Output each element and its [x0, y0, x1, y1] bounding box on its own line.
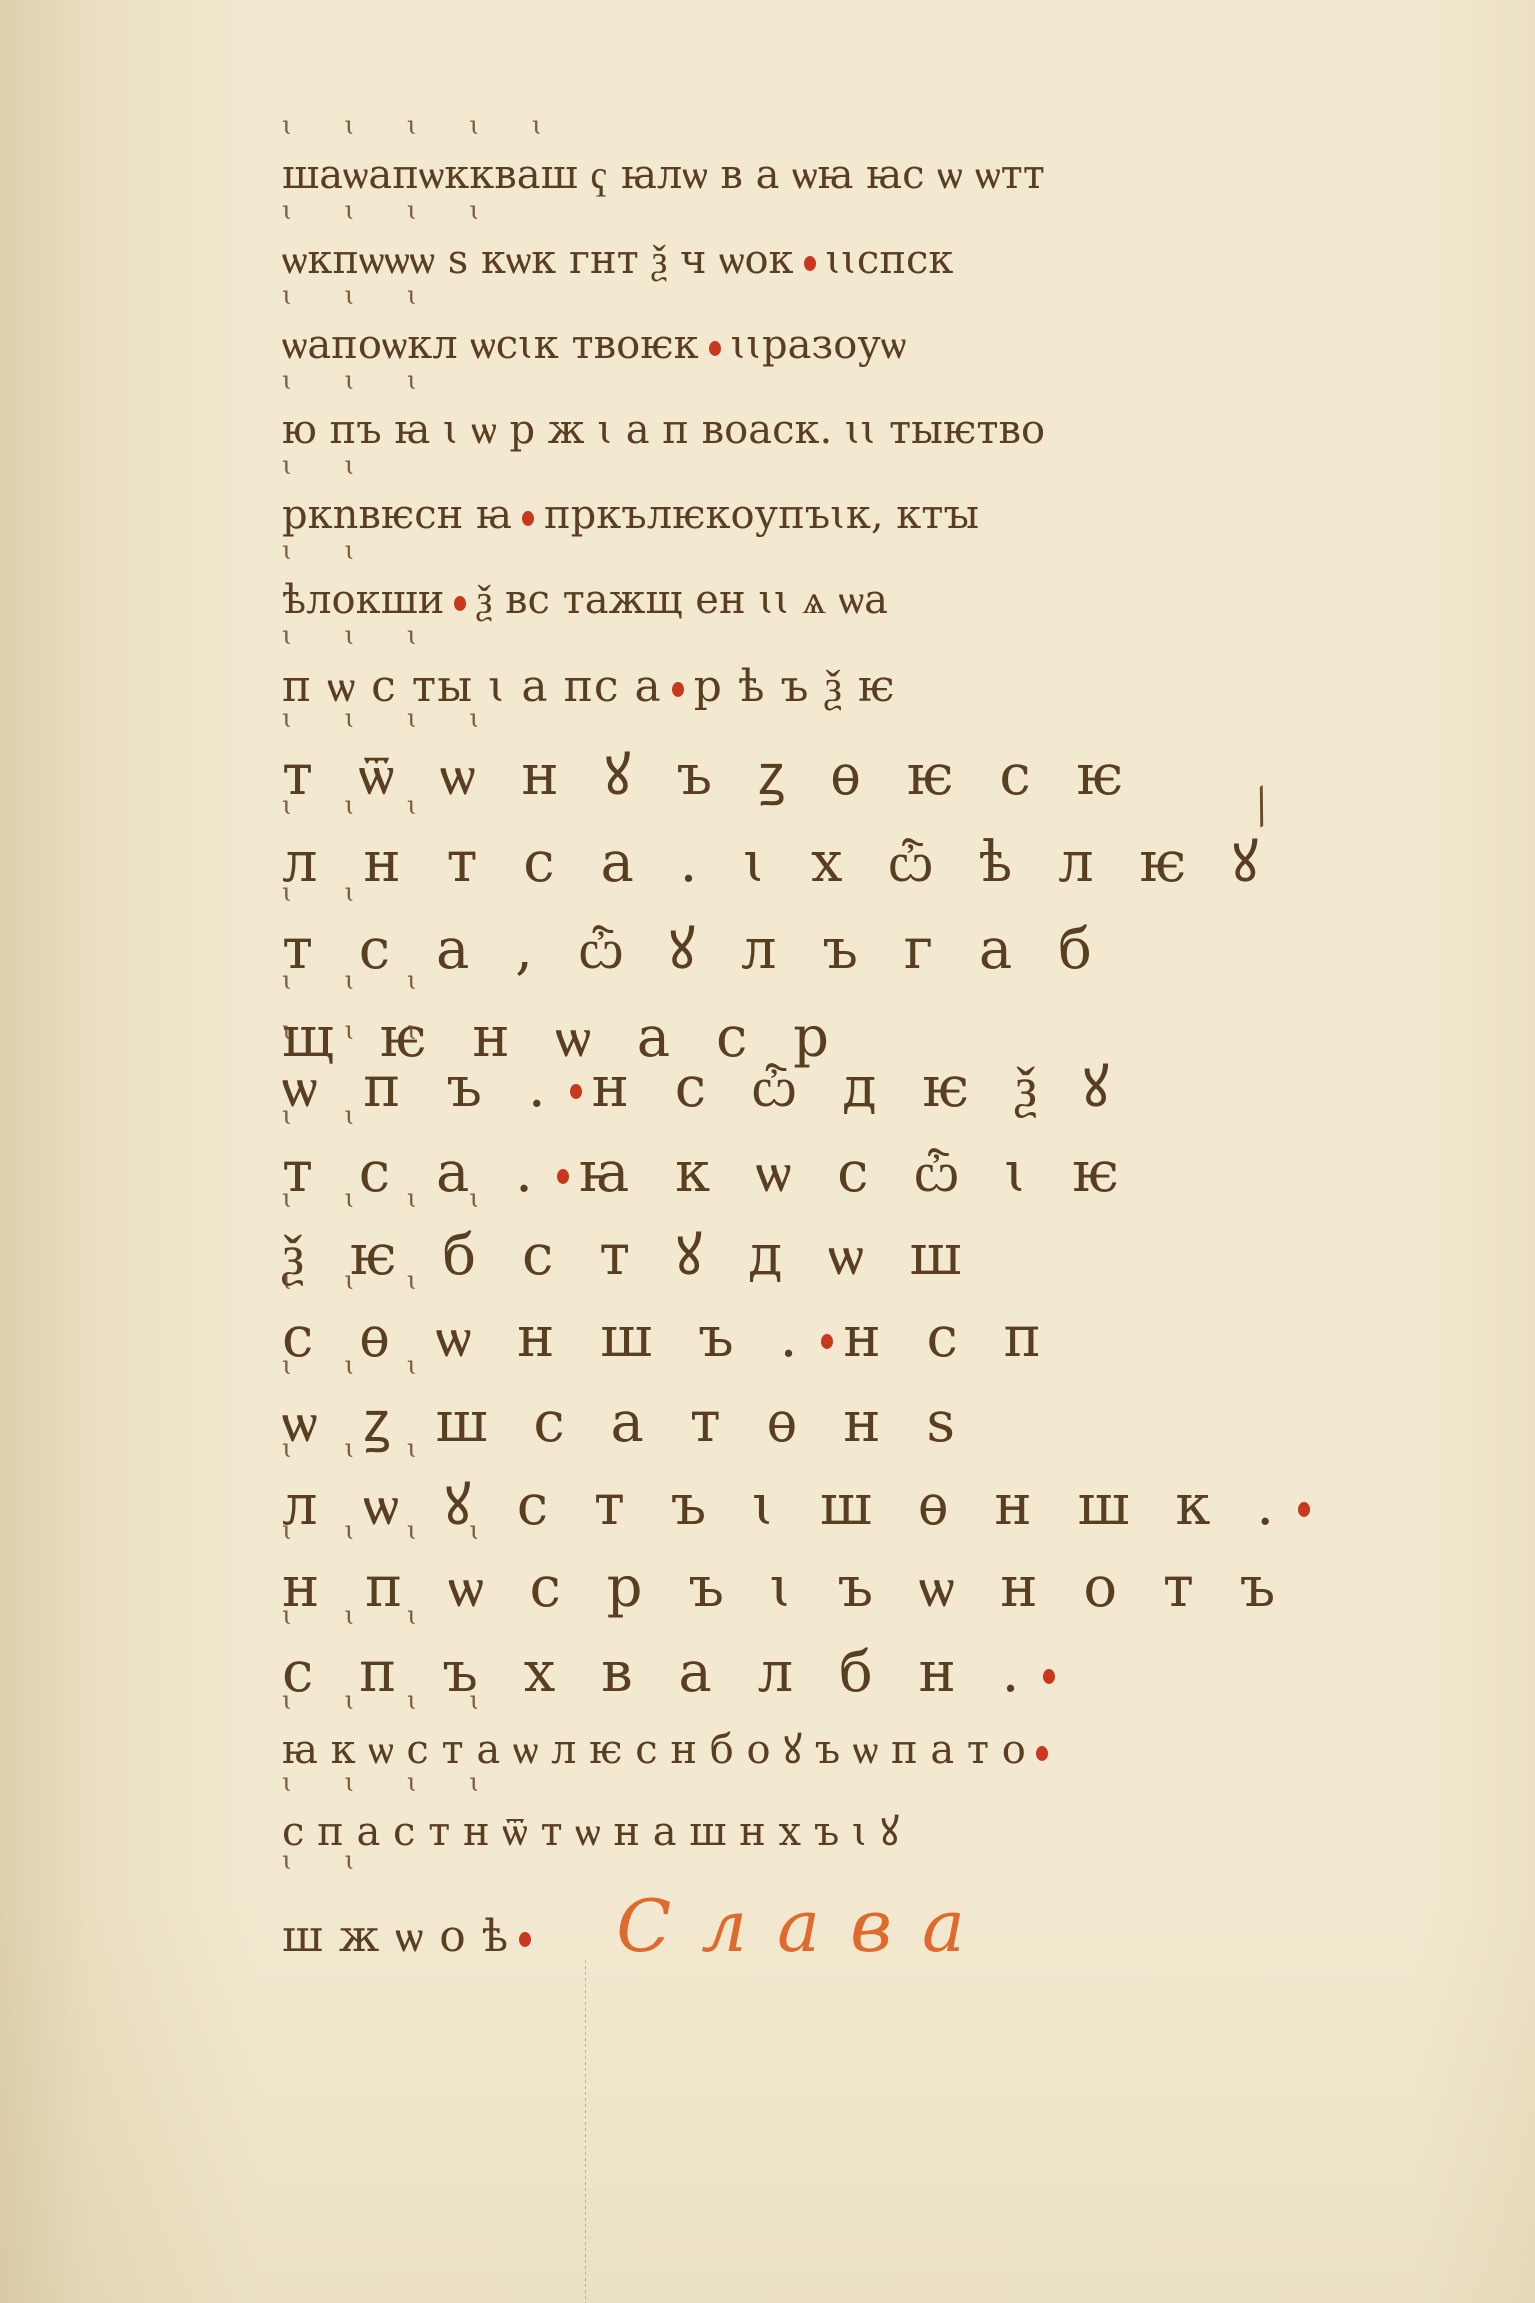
manuscript-line: ꙇ ꙇ ꙇ ꙇ с п а с т н ѿ т ѡ н а ш н х ъ ꙇ … [282, 1812, 1312, 1852]
line-text-after: ꙇꙇспск [826, 237, 954, 283]
line-text: ркnвѥсн ꙗ [282, 492, 512, 538]
manuscript-line: ꙇ ꙇ ѣлокшиѯ вс тажщ ен ꙇꙇ ѧ ѡа [282, 580, 1312, 620]
ruling-line [585, 1960, 586, 2303]
neume-row: ꙇ ꙇ [282, 1103, 1312, 1129]
line-text: ю пъ ꙗ ꙇ ѡ р ж ꙇ а п воаск [282, 407, 820, 453]
line-text-after: ꙇꙇразоуѡ [731, 322, 907, 368]
manuscript-line: ꙇ ꙇ ꙇ ѡапоѡкл ѡсꙇк твоѥкꙇꙇразоуѡ [282, 325, 1312, 365]
line-text: ѡкпѡѡѡ ѕ кѡк гнт ѯ ч ѡок [282, 237, 794, 283]
neume-row: ꙇ ꙇ ꙇ [282, 968, 1312, 994]
manuscript-line: ꙇ ꙇ ꙇ ꙇ ꙇ шаѡапѡккваш ҁ ꙗлѡ в а ѡꙗ ꙗс ѡ … [282, 155, 1312, 195]
line-text-after: пркълѥкоупъꙇк, ктꙑ [544, 492, 979, 538]
red-punctuation-dot [1298, 1502, 1310, 1517]
neume-row: ꙇ ꙇ ꙇ [282, 283, 1312, 309]
manuscript-page: ⁄ ꙇ ꙇ ꙇ ꙇ ꙇ шаѡапѡккваш ҁ ꙗлѡ в а ѡꙗ ꙗс … [0, 0, 1535, 2303]
red-punctuation-dot [570, 1084, 582, 1099]
line-text: шаѡапѡккваш ҁ ꙗлѡ в а ѡꙗ ꙗс ѡ ѡтт [282, 152, 1045, 198]
manuscript-line: ꙇ ꙇ ꙇ ю пъ ꙗ ꙇ ѡ р ж ꙇ а п воаск. ꙇꙇ тыѥ… [282, 410, 1312, 450]
neume-row: ꙇ ꙇ ꙇ [282, 1353, 1312, 1379]
neume-row: ꙇ ꙇ ꙇ ꙇ [282, 1518, 1312, 1544]
red-punctuation-dot [519, 1932, 531, 1947]
neume-row: ꙇ ꙇ ꙇ [282, 1268, 1312, 1294]
line-text-after: . ꙇꙇ тыѥтво [820, 407, 1046, 453]
red-punctuation-dot [1043, 1669, 1055, 1684]
line-text: ꙗ к ѡ с т а ѡ л ѥ с н б о ꙋ ъ ѡ п а т о [282, 1727, 1026, 1773]
neume-row: ꙇ ꙇ [282, 880, 1312, 906]
line-text: ш ж ѡ о ѣ [282, 1911, 509, 1962]
rubric-slava: Слава [616, 1884, 995, 1968]
neume-row: ꙇ ꙇ [282, 1848, 1312, 1874]
manuscript-line: ꙇ ꙇ ꙇ п ѡ с ты ꙇ а пс ар ѣ ъ ѯ ѥ [282, 665, 1312, 709]
neume-row: ꙇ ꙇ ꙇ [282, 368, 1312, 394]
neume-row: ꙇ ꙇ ꙇ ꙇ [282, 1770, 1312, 1796]
neume-row: ꙇ ꙇ ꙇ [282, 1018, 1312, 1044]
line-text: ѡапоѡкл ѡсꙇк твоѥк [282, 322, 699, 368]
neume-row: ꙇ ꙇ ꙇ [282, 623, 1312, 649]
neume-row: ꙇ ꙇ ꙇ [282, 1436, 1312, 1462]
manuscript-line: ꙇ ꙇ ш ж ѡ о ѣ Слава [282, 1890, 1312, 1962]
red-punctuation-dot [709, 341, 721, 356]
red-punctuation-dot [522, 511, 534, 526]
neume-row: ꙇ ꙇ ꙇ ꙇ [282, 198, 1312, 224]
line-text-after: р ѣ ъ ѯ ѥ [694, 661, 896, 712]
red-punctuation-dot [672, 682, 684, 697]
line-text-after: ѯ вс тажщ ен ꙇꙇ ѧ ѡа [476, 577, 887, 623]
neume-row: ꙇ ꙇ ꙇ [282, 1603, 1312, 1629]
neume-row: ꙇ ꙇ ꙇ ꙇ [282, 706, 1312, 732]
neume-row: ꙇ ꙇ [282, 453, 1312, 479]
red-punctuation-dot [557, 1169, 569, 1184]
neume-row: ꙇ ꙇ ꙇ ꙇ [282, 1688, 1312, 1714]
neume-row: ꙇ ꙇ ꙇ [282, 793, 1312, 819]
line-text: ѣлокши [282, 577, 444, 623]
red-punctuation-dot [804, 256, 816, 271]
neume-row: ꙇ ꙇ [282, 538, 1312, 564]
red-punctuation-dot [1036, 1746, 1048, 1761]
manuscript-line: ꙇ ꙇ ꙇ ꙇ ꙗ к ѡ с т а ѡ л ѥ с н б о ꙋ ъ ѡ … [282, 1730, 1312, 1770]
manuscript-line: ꙇ ꙇ ркnвѥсн ꙗпркълѥкоупъꙇк, ктꙑ [282, 495, 1312, 535]
red-punctuation-dot [454, 596, 466, 611]
manuscript-line: ꙇ ꙇ ꙇ ꙇ ѡкпѡѡѡ ѕ кѡк гнт ѯ ч ѡокꙇꙇспск [282, 240, 1312, 280]
red-punctuation-dot [821, 1334, 833, 1349]
neume-row: ꙇ ꙇ ꙇ ꙇ [282, 1186, 1312, 1212]
neume-row: ꙇ ꙇ ꙇ ꙇ ꙇ [282, 113, 1312, 139]
